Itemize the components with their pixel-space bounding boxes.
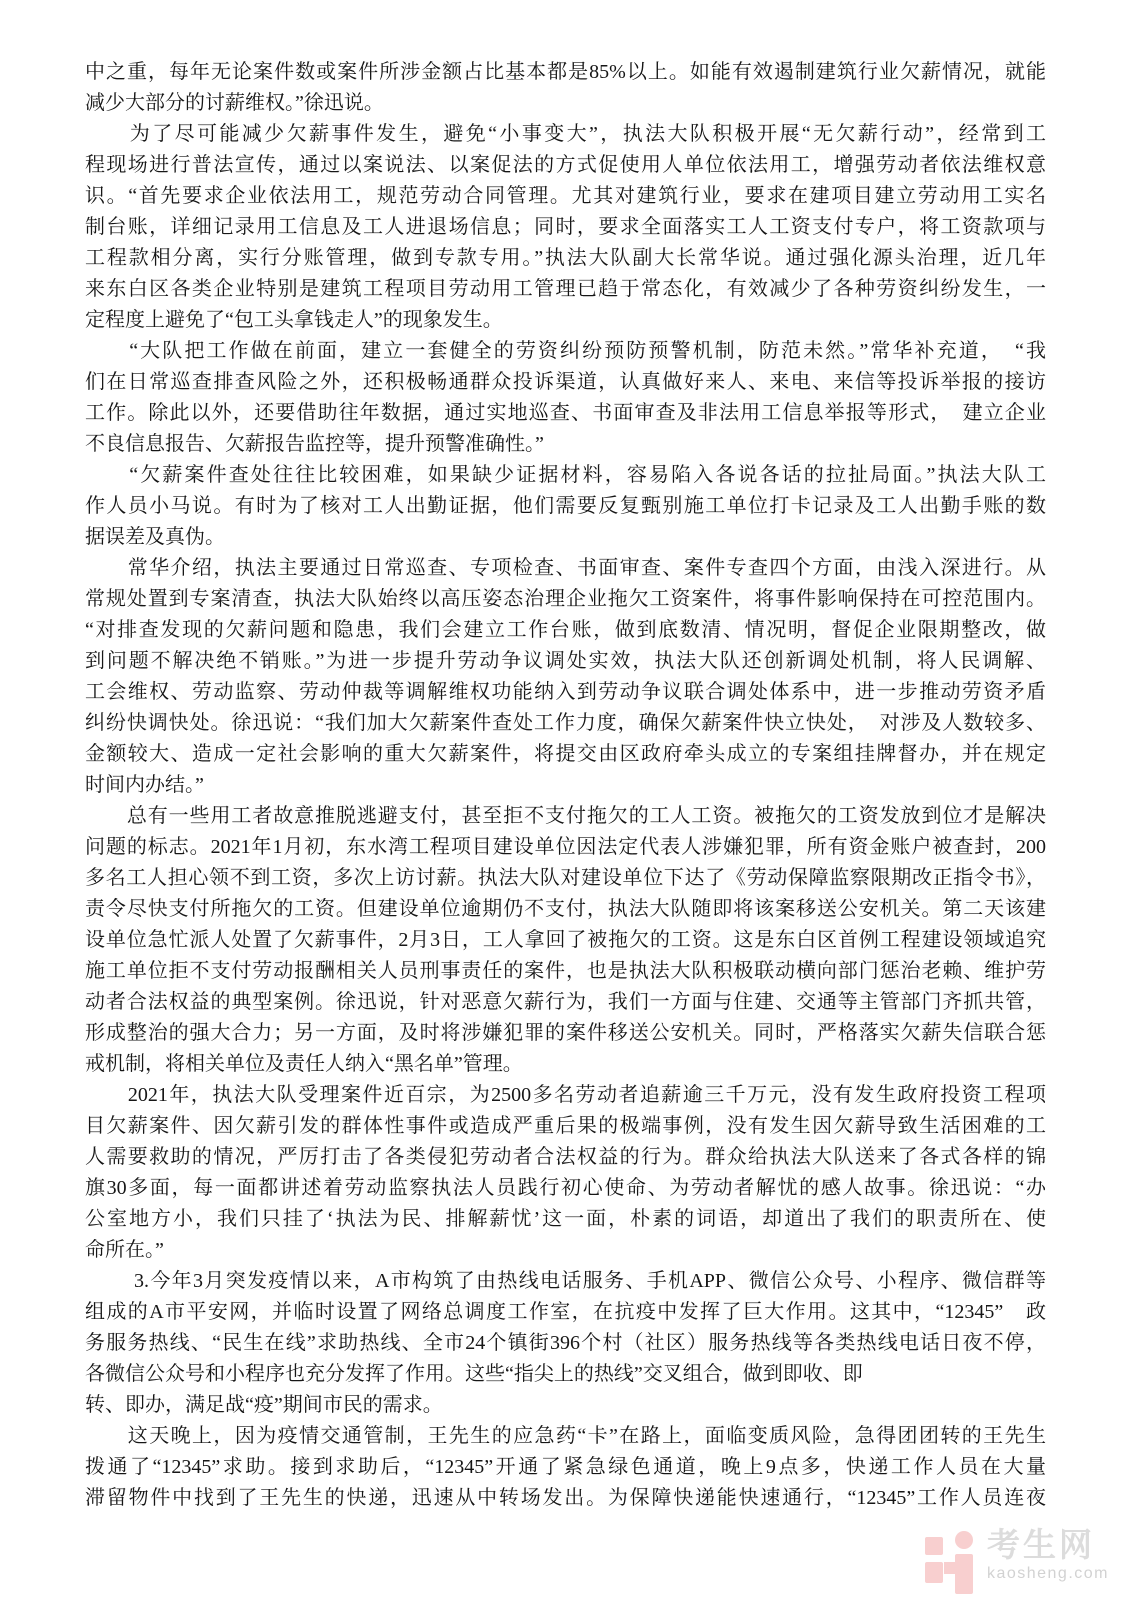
text-line: 这天晚上，因为疫情交通管制，王先生的应急药“卡”在路上，面临变质风险，急得团团转… bbox=[85, 1421, 1046, 1452]
document-page: 中之重，每年无论案件数或案件所涉金额占比基本都是85%以上。如能有效遏制建筑行业… bbox=[0, 0, 1131, 1600]
text-line: 问题的标志。2021年1月初，东水湾工程项目建设单位因法定代表人涉嫌犯罪，所有资… bbox=[85, 832, 1046, 863]
text-line: 形成整治的强大合力；另一方面，及时将涉嫌犯罪的案件移送公安机关。同时，严格落实欠… bbox=[85, 1018, 1046, 1049]
text-line: 多名工人担心领不到工资，多次上访讨薪。执法大队对建设单位下达了《劳动保障监察限期… bbox=[85, 863, 1046, 894]
text-line: 中之重，每年无论案件数或案件所涉金额占比基本都是85%以上。如能有效遏制建筑行业… bbox=[85, 57, 1046, 88]
text-line: 各微信公众号和小程序也充分发挥了作用。这些“指尖上的热线”交叉组合，做到即收、即 bbox=[85, 1359, 1046, 1390]
text-line: 戒机制，将相关单位及责任人纳入“黑名单”管理。 bbox=[85, 1049, 1046, 1080]
text-line: 为了尽可能减少欠薪事件发生，避免“小事变大”，执法大队积极开展“无欠薪行动”，经… bbox=[85, 119, 1046, 150]
text-line: 3.今年3月突发疫情以来，A市构筑了由热线电话服务、手机APP、微信公众号、小程… bbox=[85, 1266, 1046, 1297]
text-line: 纠纷快调快处。徐迅说：“我们加大欠薪案件查处工作力度，确保欠薪案件快立快处， 对… bbox=[85, 708, 1046, 739]
text-line: 动者合法权益的典型案例。徐迅说，针对恶意欠薪行为，我们一方面与住建、交通等主管部… bbox=[85, 987, 1046, 1018]
text-line: 务服务热线、“民生在线”求助热线、全市24个镇街396个村（社区）服务热线等各类… bbox=[85, 1328, 1046, 1359]
watermark-text: 考生网 kaosheng.com bbox=[987, 1528, 1109, 1583]
text-line: 人需要救助的情况，严厉打击了各类侵犯劳动者合法权益的行为。群众给执法大队送来了各… bbox=[85, 1142, 1046, 1173]
text-line: 工会维权、劳动监察、劳动仲裁等调解维权功能纳入到劳动争议联合调处体系中，进一步推… bbox=[85, 677, 1046, 708]
text-line: 目欠薪案件、因欠薪引发的群体性事件或造成严重后果的极端事例，没有发生因欠薪导致生… bbox=[85, 1111, 1046, 1142]
text-line: 程现场进行普法宣传，通过以案说法、以案促法的方式促使用人单位依法用工，增强劳动者… bbox=[85, 150, 1046, 181]
text-line: 来东白区各类企业特别是建筑工程项目劳动用工管理已趋于常态化，有效减少了各种劳资纠… bbox=[85, 274, 1046, 305]
text-line: 旗30多面，每一面都讲述着劳动监察执法人员践行初心使命、为劳动者解忧的感人故事。… bbox=[85, 1173, 1046, 1204]
text-line: 责令尽快支付所拖欠的工资。但建设单位逾期仍不支付，执法大队随即将该案移送公安机关… bbox=[85, 894, 1046, 925]
text-line: 常华介绍，执法主要通过日常巡查、专项检查、书面审查、案件专查四个方面，由浅入深进… bbox=[85, 553, 1046, 584]
text-line: 拨通了“12345”求助。接到求助后，“12345”开通了紧急绿色通道，晚上9点… bbox=[85, 1452, 1046, 1483]
text-line: 命所在。” bbox=[85, 1235, 1046, 1266]
text-line: “大队把工作做在前面，建立一套健全的劳资纠纷预防预警机制，防范未然。”常华补充道… bbox=[85, 336, 1046, 367]
text-line: 总有一些用工者故意推脱逃避支付，甚至拒不支付拖欠的工人工资。被拖欠的工资发放到位… bbox=[85, 801, 1046, 832]
text-line: 施工单位拒不支付劳动报酬相关人员刑事责任的案件，也是执法大队积极联动横向部门惩治… bbox=[85, 956, 1046, 987]
watermark-site-domain: kaosheng.com bbox=[987, 1565, 1109, 1583]
text-line: 不良信息报告、欠薪报告监控等，提升预警准确性。” bbox=[85, 429, 1046, 460]
text-line: 设单位急忙派人处置了欠薪事件，2月3日，工人拿回了被拖欠的工资。这是东白区首例工… bbox=[85, 925, 1046, 956]
text-line: 常规处置到专案清查，执法大队始终以高压姿态治理企业拖欠工资案件，将事件影响保持在… bbox=[85, 584, 1046, 615]
text-line: “对排查发现的欠薪问题和隐患，我们会建立工作台账，做到底数清、情况明，督促企业限… bbox=[85, 615, 1046, 646]
text-line: 滞留物件中找到了王先生的快递，迅速从中转场发出。为保障快递能快速通行，“1234… bbox=[85, 1483, 1046, 1514]
text-line: 公室地方小，我们只挂了‘执法为民、排解薪忧’这一面，朴素的词语，却道出了我们的职… bbox=[85, 1204, 1046, 1235]
kaosheng-logo-icon bbox=[925, 1528, 977, 1594]
text-line: 组成的A市平安网，并临时设置了网络总调度工作室，在抗疫中发挥了巨大作用。这其中，… bbox=[85, 1297, 1046, 1328]
text-line: 时间内办结。” bbox=[85, 770, 1046, 801]
text-line: 定程度上避免了“包工头拿钱走人”的现象发生。 bbox=[85, 305, 1046, 336]
kaosheng-watermark: 考生网 kaosheng.com bbox=[925, 1528, 1109, 1594]
text-line: 识。“首先要求企业依法用工，规范劳动合同管理。尤其对建筑行业，要求在建项目建立劳… bbox=[85, 181, 1046, 212]
text-line: 金额较大、造成一定社会影响的重大欠薪案件，将提交由区政府牵头成立的专案组挂牌督办… bbox=[85, 739, 1046, 770]
text-line: 据误差及真伪。 bbox=[85, 522, 1046, 553]
text-line: 们在日常巡查排查风险之外，还积极畅通群众投诉渠道，认真做好来人、来电、来信等投诉… bbox=[85, 367, 1046, 398]
text-line: 2021年，执法大队受理案件近百宗，为2500多名劳动者追薪逾三千万元，没有发生… bbox=[85, 1080, 1046, 1111]
text-line: 作人员小马说。有时为了核对工人出勤证据，他们需要反复甄别施工单位打卡记录及工人出… bbox=[85, 491, 1046, 522]
text-line: 转、即办，满足战“疫”期间市民的需求。 bbox=[85, 1390, 1046, 1421]
watermark-site-name: 考生网 bbox=[987, 1528, 1109, 1562]
text-line: 减少大部分的讨薪维权。”徐迅说。 bbox=[85, 88, 1046, 119]
text-line: 制台账，详细记录用工信息及工人进退场信息；同时，要求全面落实工人工资支付专户，将… bbox=[85, 212, 1046, 243]
document-text: 中之重，每年无论案件数或案件所涉金额占比基本都是85%以上。如能有效遏制建筑行业… bbox=[85, 57, 1046, 1514]
text-line: 工程款相分离，实行分账管理，做到专款专用。”执法大队副大长常华说。通过强化源头治… bbox=[85, 243, 1046, 274]
text-line: “欠薪案件查处往往比较困难，如果缺少证据材料，容易陷入各说各话的拉扯局面。”执法… bbox=[85, 460, 1046, 491]
text-line: 到问题不解决绝不销账。”为进一步提升劳动争议调处实效，执法大队还创新调处机制，将… bbox=[85, 646, 1046, 677]
text-line: 工作。除此以外，还要借助往年数据，通过实地巡查、书面审查及非法用工信息举报等形式… bbox=[85, 398, 1046, 429]
